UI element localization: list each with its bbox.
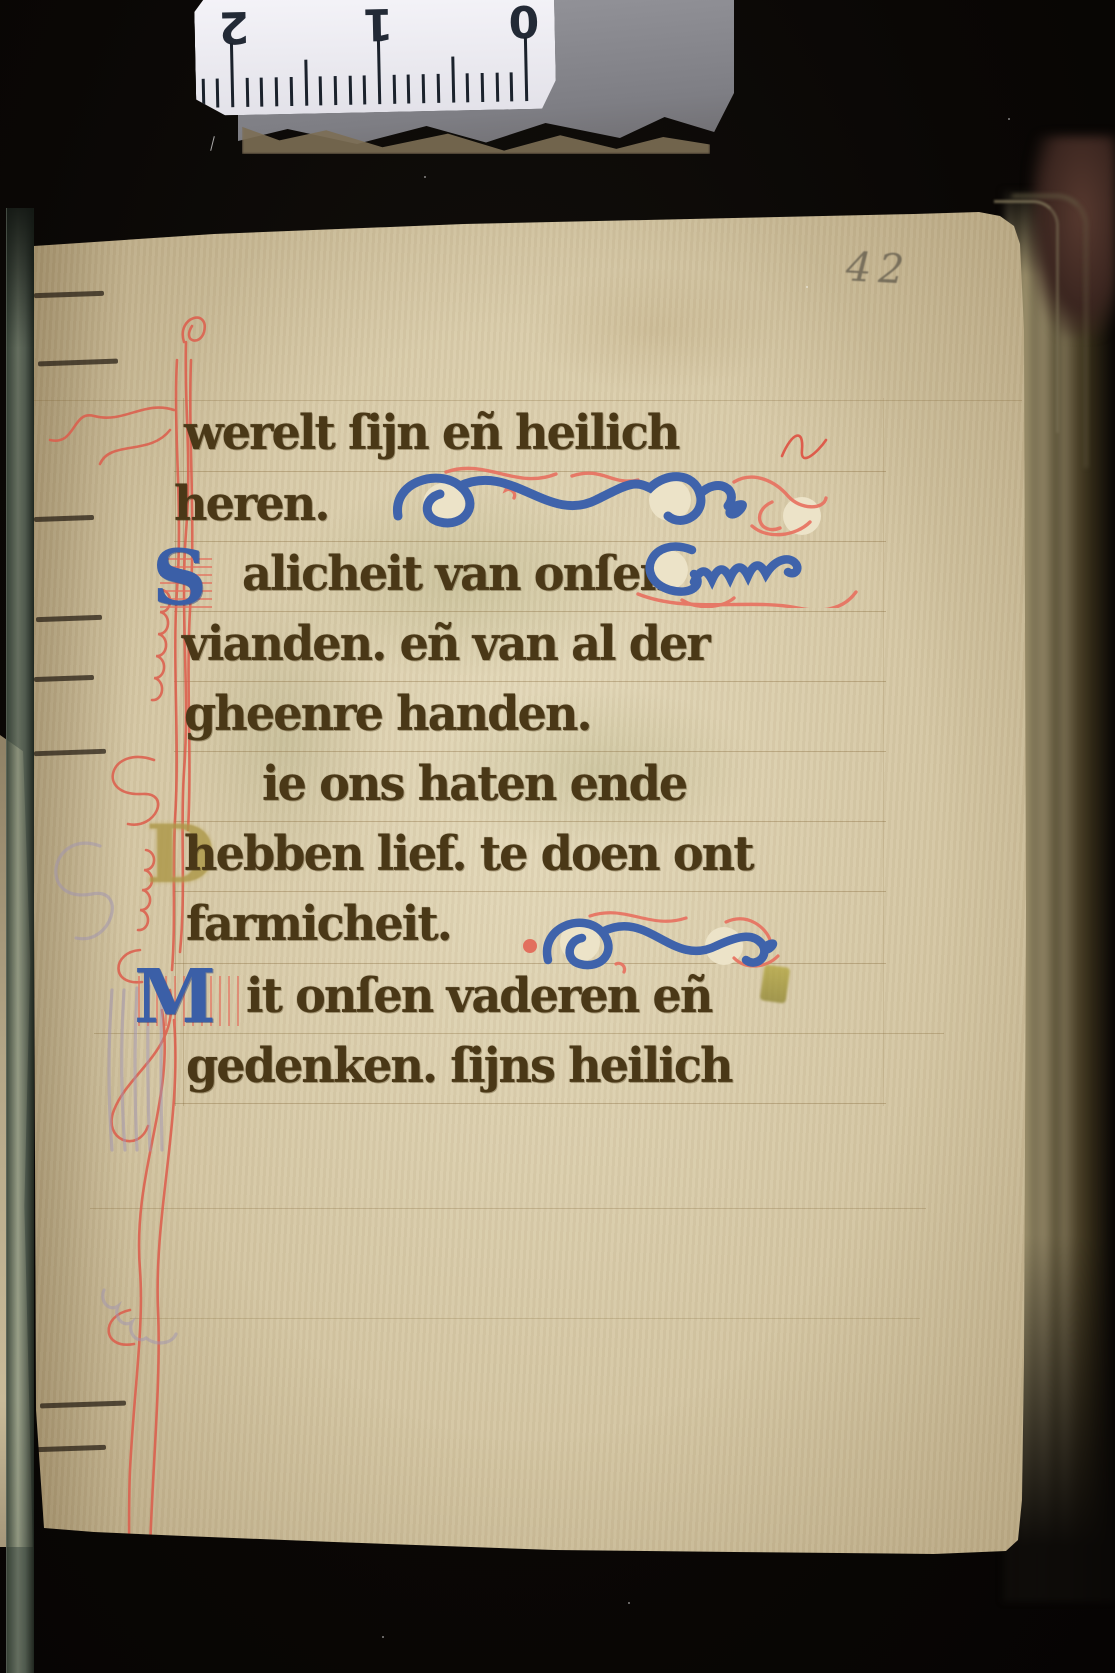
illuminated-initial-m: M [134,960,216,1034]
manuscript-text-line: alicheit van onſen [242,544,671,604]
manuscript-page: 42 S [34,210,1030,1558]
folio-number: 42 [845,244,912,293]
line-filler-decoration [622,530,874,608]
manuscript-text-line: vianden. eñ van al der [182,614,709,674]
manuscript-text-line: gheenre handen. [184,684,591,744]
manuscript-text-line: ie ons haten ende [262,754,686,814]
illuminated-initial-s: S [152,540,207,616]
manuscript-text-line: hebben lief. te doen ont [184,824,753,884]
line-filler-decoration [520,906,784,978]
dust-fiber [210,136,215,151]
manuscript-text-line: heren. [174,474,328,534]
glass-weight-strip [6,208,34,1673]
margin-flourish-mark [760,964,791,1003]
ruler-tick-marks [194,0,556,116]
manuscript-photo: 42 S [0,0,1115,1673]
manuscript-text-line: werelt ſijn eñ heilich [184,403,678,463]
manuscript-text-line: farmicheit. [186,894,451,954]
cm-ruler: 2 1 0 [194,0,556,116]
margin-flourish-mark [776,416,836,476]
manuscript-text-line: gedenken. ſijns heilich [186,1036,732,1096]
